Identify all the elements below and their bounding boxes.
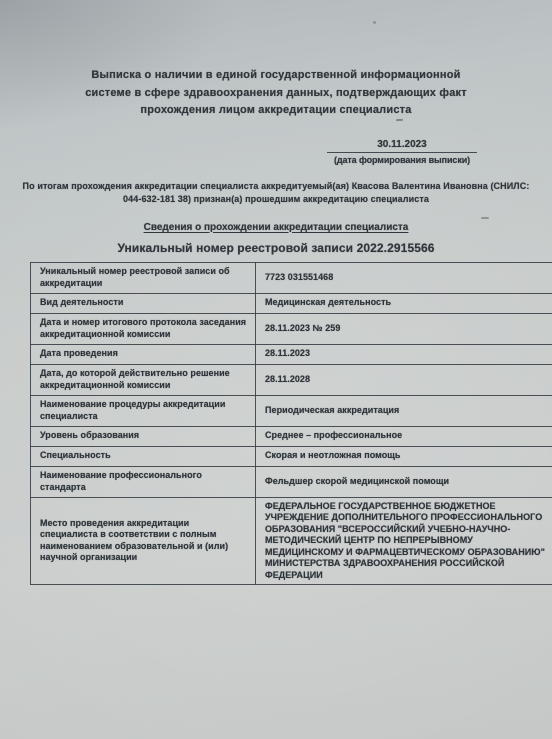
title-line-3: прохождения лицом аккредитации специалис… — [38, 102, 514, 120]
accreditation-summary-paragraph: По итогам прохождения аккредитации специ… — [20, 180, 532, 206]
field-label-cell: Наименование профессионального стандарта — [31, 466, 256, 497]
table-row: Вид деятельности Медицинская деятельност… — [31, 293, 552, 313]
field-label-cell: Уровень образования — [31, 426, 256, 446]
photo-artifact — [373, 21, 376, 24]
table-row: Место проведения аккредитации специалист… — [31, 497, 552, 585]
section-heading: Сведения о прохождении аккредитации спец… — [0, 222, 552, 233]
field-value-cell: Скорая и неотложная помощь — [256, 446, 552, 466]
field-label-cell: Наименование процедуры аккредитации спец… — [31, 395, 256, 426]
table-row: Наименование процедуры аккредитации спец… — [31, 395, 552, 426]
field-value-cell: Периодическая аккредитация — [256, 395, 552, 426]
field-label-cell: Дата, до которой действительно решение а… — [31, 364, 256, 395]
document-title: Выписка о наличии в единой государственн… — [38, 0, 514, 120]
extract-date: 30.11.2023 — [327, 139, 477, 153]
table-row: Уникальный номер реестровой записи об ак… — [31, 262, 552, 293]
field-value-cell: 28.11.2023 — [256, 344, 552, 364]
photo-artifact — [481, 217, 489, 219]
field-label-cell: Дата проведения — [31, 344, 256, 364]
field-value-cell: 28.11.2023 № 259 — [256, 313, 552, 344]
table-row: Дата, до которой действительно решение а… — [31, 364, 552, 395]
table-row: Наименование профессионального стандарта… — [31, 466, 552, 497]
extract-date-caption: (дата формирования выписки) — [327, 155, 477, 165]
extract-date-block: 30.11.2023 (дата формирования выписки) — [327, 139, 477, 165]
table-row: Дата проведения 28.11.2023 — [31, 344, 552, 364]
field-value-cell: Фельдшер скорой медицинской помощи — [256, 466, 552, 497]
field-value-cell: 7723 031551468 — [256, 262, 552, 293]
field-label-cell: Место проведения аккредитации специалист… — [31, 497, 256, 585]
table-row: Специальность Скорая и неотложная помощь — [31, 446, 552, 466]
photographed-document: Выписка о наличии в единой государственн… — [0, 0, 552, 739]
table-row: Дата и номер итогового протокола заседан… — [31, 313, 552, 344]
registry-number-line: Уникальный номер реестровой записи 2022.… — [0, 241, 552, 255]
field-label-cell: Уникальный номер реестровой записи об ак… — [31, 262, 256, 293]
field-value-cell: Среднее – профессиональное — [256, 426, 552, 446]
title-line-1: Выписка о наличии в единой государственн… — [38, 67, 514, 85]
field-label-cell: Дата и номер итогового протокола заседан… — [31, 313, 256, 344]
title-line-2: системе в сфере здравоохранения данных, … — [38, 85, 514, 103]
field-label-cell: Специальность — [31, 446, 256, 466]
field-value-cell: Медицинская деятельность — [256, 293, 552, 313]
accreditation-details-table: Уникальный номер реестровой записи об ак… — [30, 262, 552, 586]
field-value-cell: 28.11.2028 — [256, 364, 552, 395]
photo-artifact — [396, 119, 403, 121]
field-label-cell: Вид деятельности — [31, 293, 256, 313]
field-value-cell: ФЕДЕРАЛЬНОЕ ГОСУДАРСТВЕННОЕ БЮДЖЕТНОЕ УЧ… — [256, 497, 552, 585]
table-row: Уровень образования Среднее – профессион… — [31, 426, 552, 446]
